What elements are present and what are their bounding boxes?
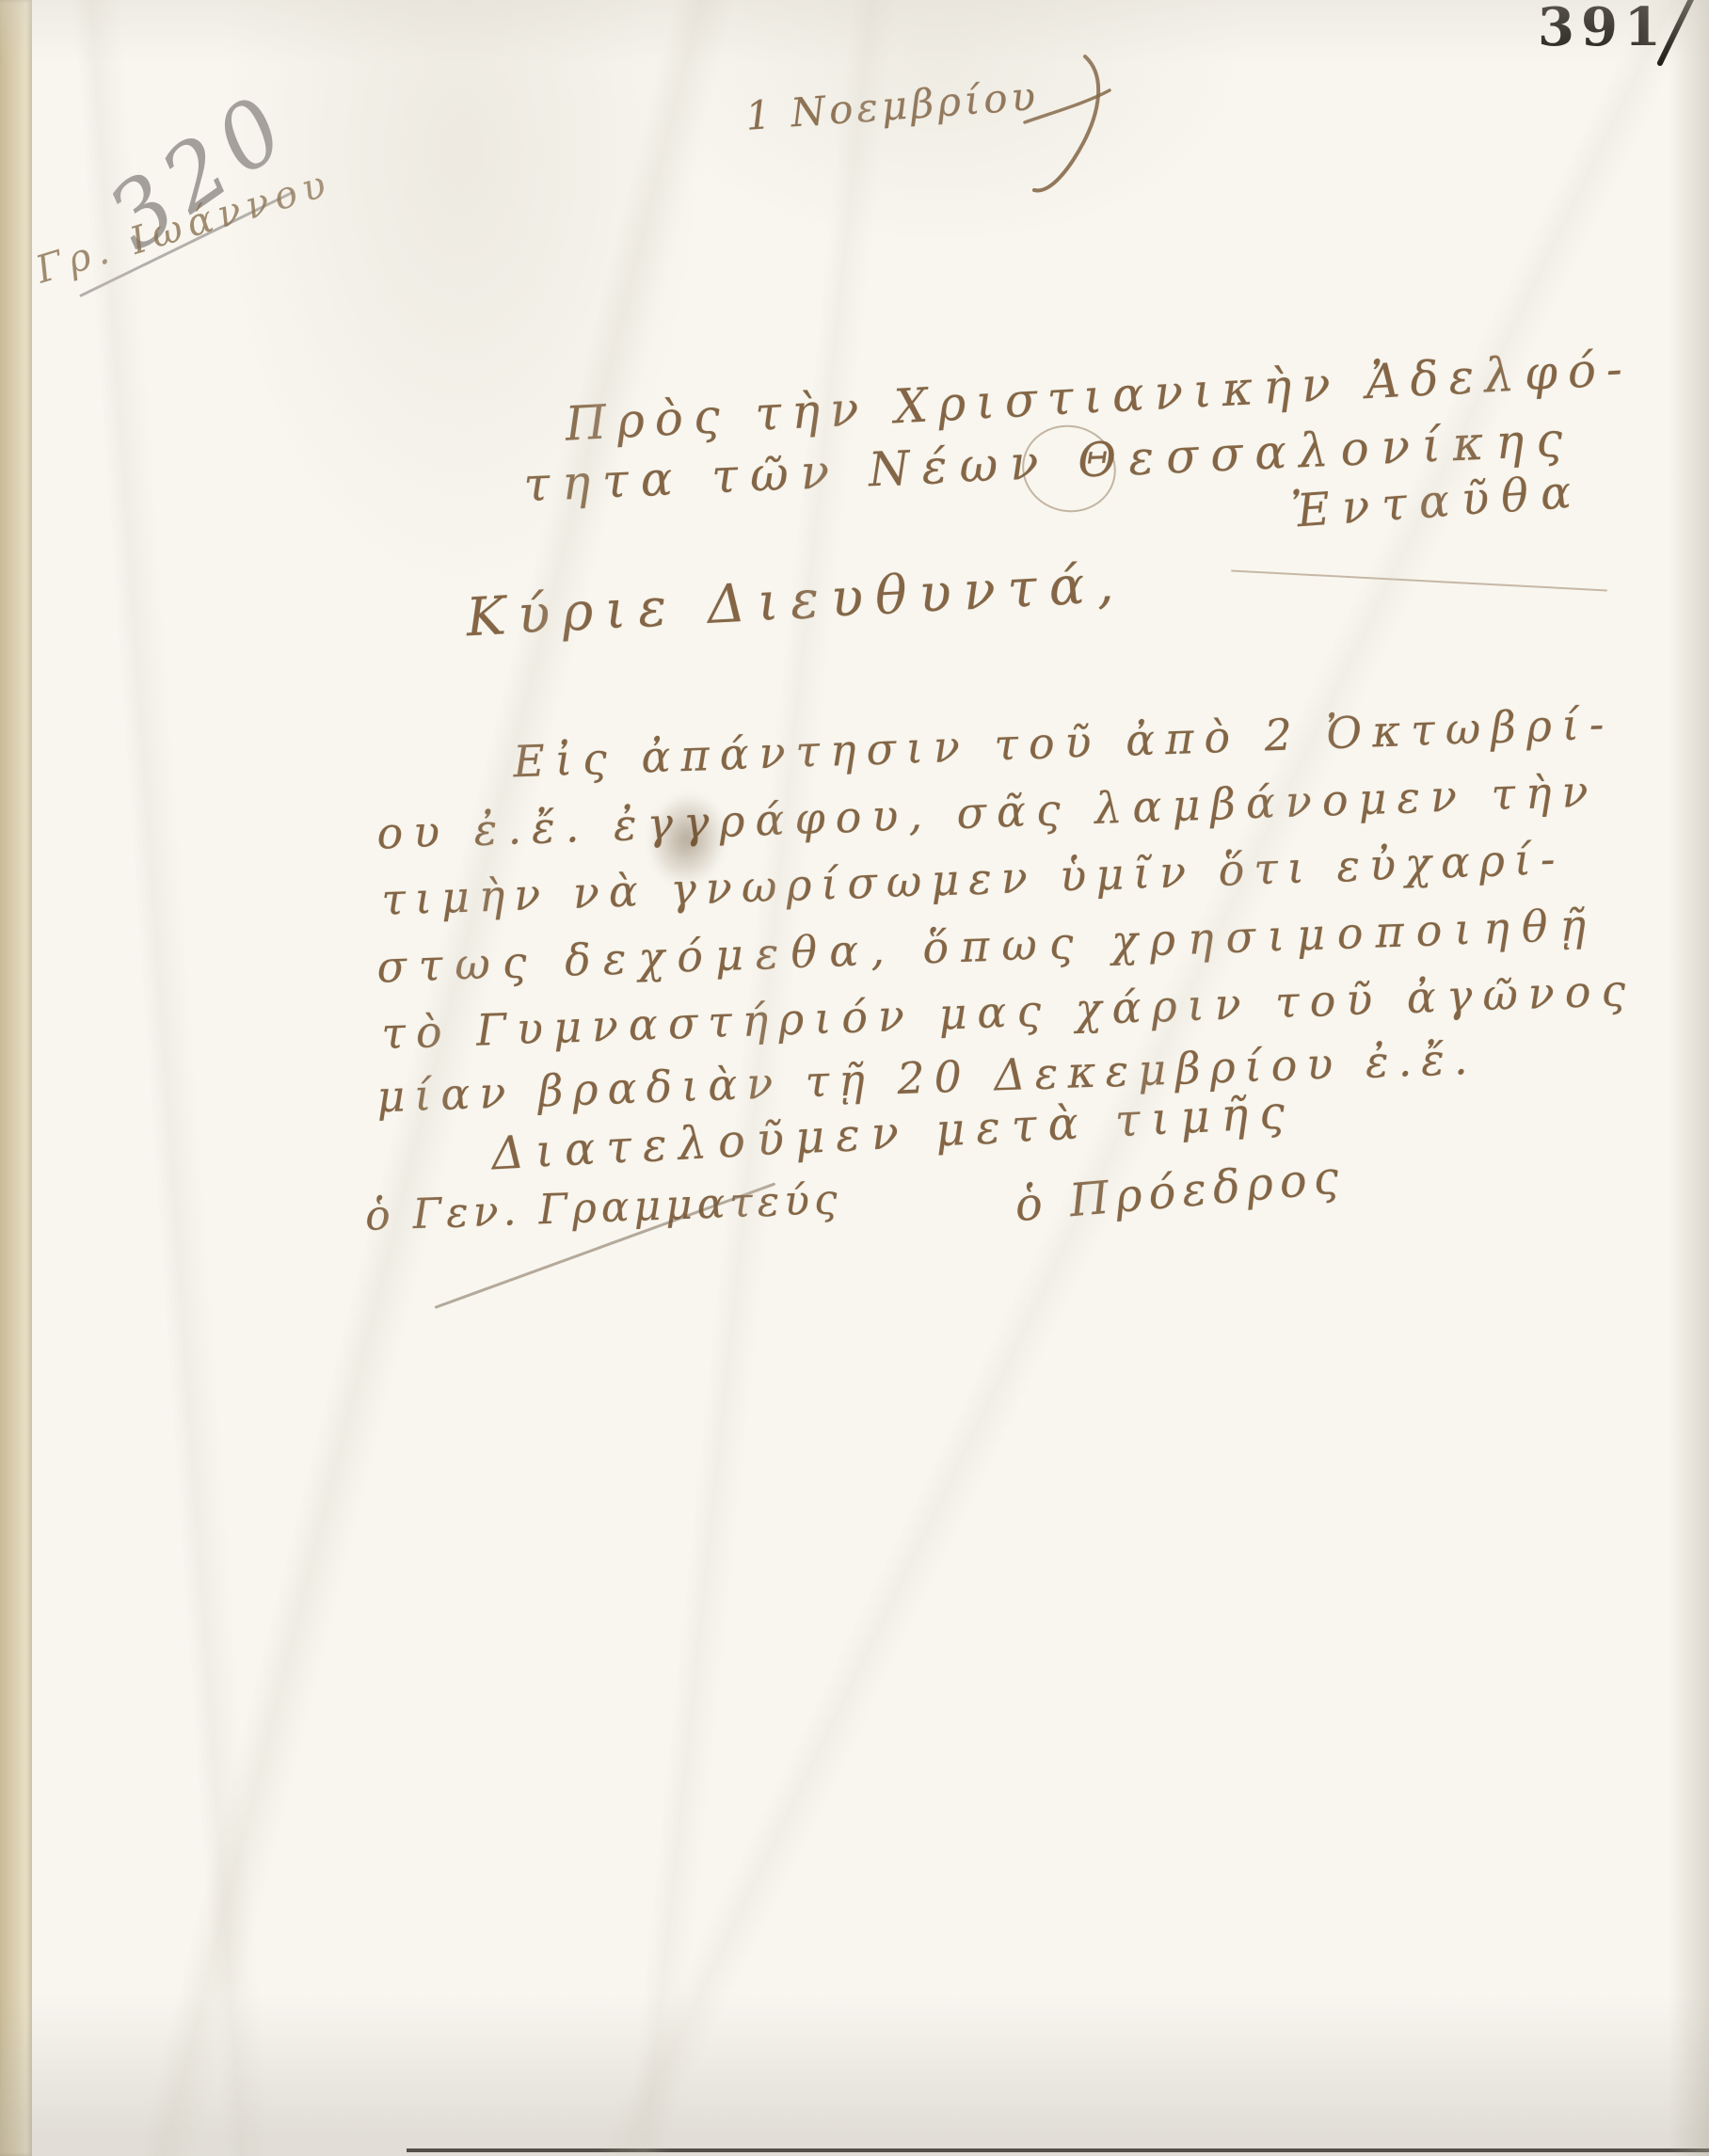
salutation-line: Κύριε Διευθυντά, xyxy=(465,553,1127,649)
archive-number-stamp: 391 xyxy=(1538,0,1668,58)
recipient-underline-stroke xyxy=(1231,570,1607,592)
date-paraph-flourish xyxy=(1012,49,1134,200)
date-line: 1 Νοεμβρίου xyxy=(744,72,1041,139)
signature-secretary: ὁ Γεν. Γραμματεύς xyxy=(364,1175,842,1240)
scan-bottom-edge-line xyxy=(407,2148,1709,2152)
signature-president: ὁ Πρόεδρος xyxy=(1013,1151,1347,1232)
scanned-letter-page: 391 320 1 Νοεμβρίου Πρὸς τὴν Χριστιανικὴ… xyxy=(0,0,1709,2156)
backing-page-edge xyxy=(0,0,32,2156)
